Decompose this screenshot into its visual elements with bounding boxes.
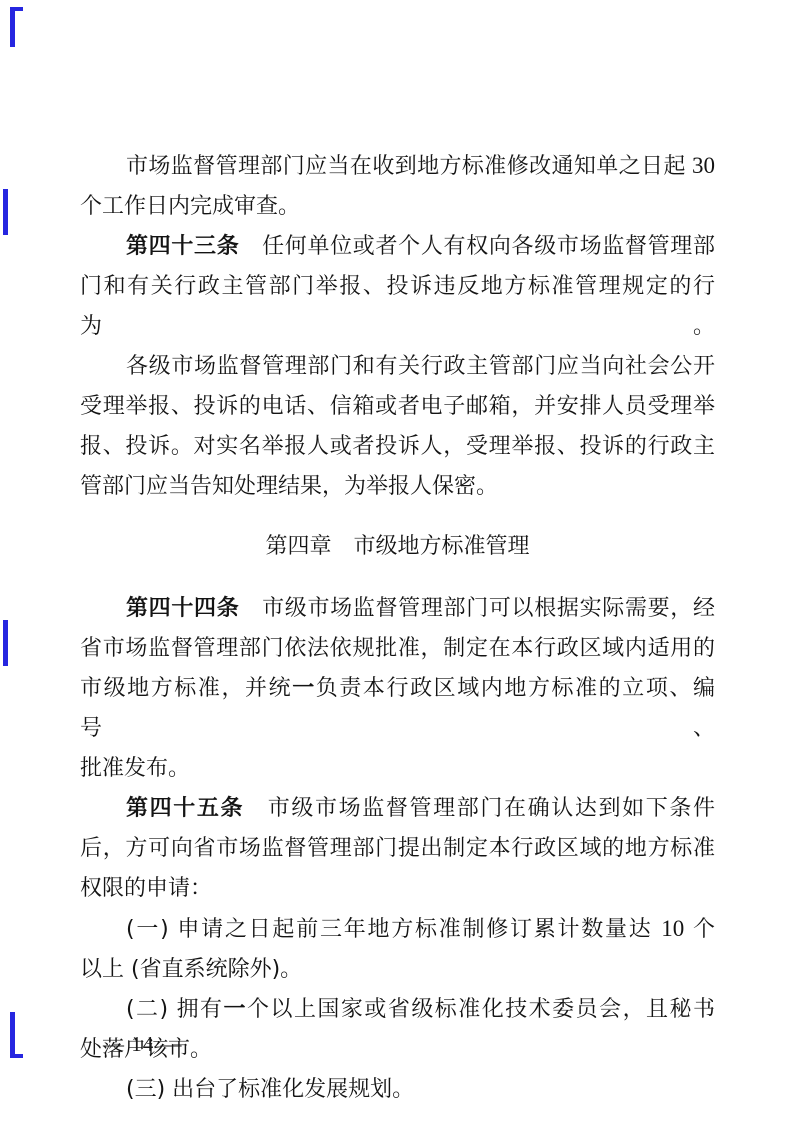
- text-line: 报、投诉。对实名举报人或者投诉人，受理举报、投诉的行政主: [80, 427, 715, 467]
- text-line: 批准发布。: [80, 749, 715, 789]
- blue-edge-mark: [3, 189, 8, 235]
- text-segment: 个以上国家或省级标准化技术委员会，且秘书: [247, 997, 715, 1022]
- text-segment: 一: [292, 676, 316, 701]
- text-line: 权限的申请：: [80, 869, 715, 909]
- text-line: 第四十三条 任何单位或者个人有权向各级市场监督管理部: [80, 227, 715, 267]
- text-line: 第四十五条 市级市场监督管理部门在确认达到如下条件: [80, 789, 715, 829]
- text-segment: 市级市场监督管理部门在确认达到如下条件: [244, 796, 715, 821]
- text-line: 后，方可向省市场监督管理部门提出制定本行政区域的地方标准: [80, 829, 715, 869]
- text-segment: 后，方可向省市场监督管理部门提出制定本行政区域的地方标准: [80, 836, 715, 861]
- text-line: 管部门应当告知处理结果，为举报人保密。: [80, 467, 715, 507]
- blue-edge-mark: [10, 1012, 15, 1058]
- text-line: 个工作日内完成审查。: [80, 187, 715, 227]
- text-line: 以上 (省直系统除外)。: [80, 950, 715, 990]
- text-line: (三) 出台了标准化发展规划。: [80, 1070, 715, 1110]
- text-segment: 批准发布。: [80, 756, 190, 781]
- document-page: 市场监督管理部门应当在收到地方标准修改通知单之日起 30个工作日内完成审查。第四…: [0, 0, 794, 1123]
- text-line: (一) 申请之日起前三年地方标准制修订累计数量达 10 个: [80, 909, 715, 950]
- text-segment: 市场监督管理部门应当在收到地方标准修改通知单之日起: [126, 154, 686, 179]
- text-line: 第四十四条 市级市场监督管理部门可以根据实际需要，经: [80, 589, 715, 629]
- blue-edge-mark: [10, 1054, 23, 1058]
- text-line: (二) 拥有一个以上国家或省级标准化技术委员会，且秘书: [80, 990, 715, 1030]
- text-segment: (三) 出台了标准化发展规划。: [126, 1077, 414, 1102]
- text-segment: 管部门应当告知处理结果，为举报人保密。: [80, 474, 498, 499]
- text-segment: 第四十三条: [126, 234, 239, 259]
- chapter-heading: 第四章 市级地方标准管理: [80, 527, 715, 567]
- text-segment: 第四章 市级地方标准管理: [265, 534, 529, 559]
- blue-edge-mark: [10, 7, 15, 47]
- text-segment: (一) 申请之日起前三年地方标准制修订累计数量达: [126, 917, 661, 942]
- text-segment: 10: [661, 916, 684, 941]
- text-line: 受理举报、投诉的电话、信箱或者电子邮箱，并安排人员受理举: [80, 387, 715, 427]
- text-segment: 权限的申请：: [80, 876, 212, 901]
- document-body-text: 市场监督管理部门应当在收到地方标准修改通知单之日起 30个工作日内完成审查。第四…: [80, 146, 715, 1110]
- blue-edge-mark: [10, 7, 23, 11]
- page-number: — 14 —: [103, 1030, 183, 1058]
- text-segment: 以上 (省直系统除外)。: [80, 957, 302, 982]
- text-segment: 市级地方标准，并统: [80, 676, 292, 701]
- text-segment: 个工作日内完成审查。: [80, 194, 300, 219]
- text-segment: 30: [686, 153, 715, 178]
- text-segment: 第四十五条: [126, 796, 244, 821]
- text-segment: 门和有关行政主管部门举报、投诉违反地方标准管理规定的行为。: [80, 274, 715, 339]
- blue-edge-mark: [3, 620, 8, 666]
- text-segment: 省市场监督管理部门依法依规批准，制定在本行政区域内适用的: [80, 636, 715, 661]
- text-line: 市场监督管理部门应当在收到地方标准修改通知单之日起 30: [80, 146, 715, 187]
- text-segment: 受理举报、投诉的电话、信箱或者电子邮箱，并安排人员受理举: [80, 394, 715, 419]
- text-segment: 市级市场监督管理部门可以根据实际需要，经: [239, 596, 715, 621]
- text-segment: 一: [224, 997, 247, 1022]
- text-segment: 各级市场监督管理部门和有关行政主管部门应当向社会公开: [126, 354, 715, 379]
- text-line: 市级地方标准，并统一负责本行政区域内地方标准的立项、编号、: [80, 669, 715, 749]
- text-segment: 个: [684, 917, 715, 942]
- text-line: 各级市场监督管理部门和有关行政主管部门应当向社会公开: [80, 347, 715, 387]
- text-segment: 任何单位或者个人有权向各级市场监督管理部: [239, 234, 715, 259]
- text-segment: 第四十四条: [126, 596, 239, 621]
- text-line: 门和有关行政主管部门举报、投诉违反地方标准管理规定的行为。: [80, 267, 715, 347]
- text-segment: 报、投诉。对实名举报人或者投诉人，受理举报、投诉的行政主: [80, 434, 715, 459]
- text-segment: (二) 拥有: [126, 997, 224, 1022]
- text-line: 省市场监督管理部门依法依规批准，制定在本行政区域内适用的: [80, 629, 715, 669]
